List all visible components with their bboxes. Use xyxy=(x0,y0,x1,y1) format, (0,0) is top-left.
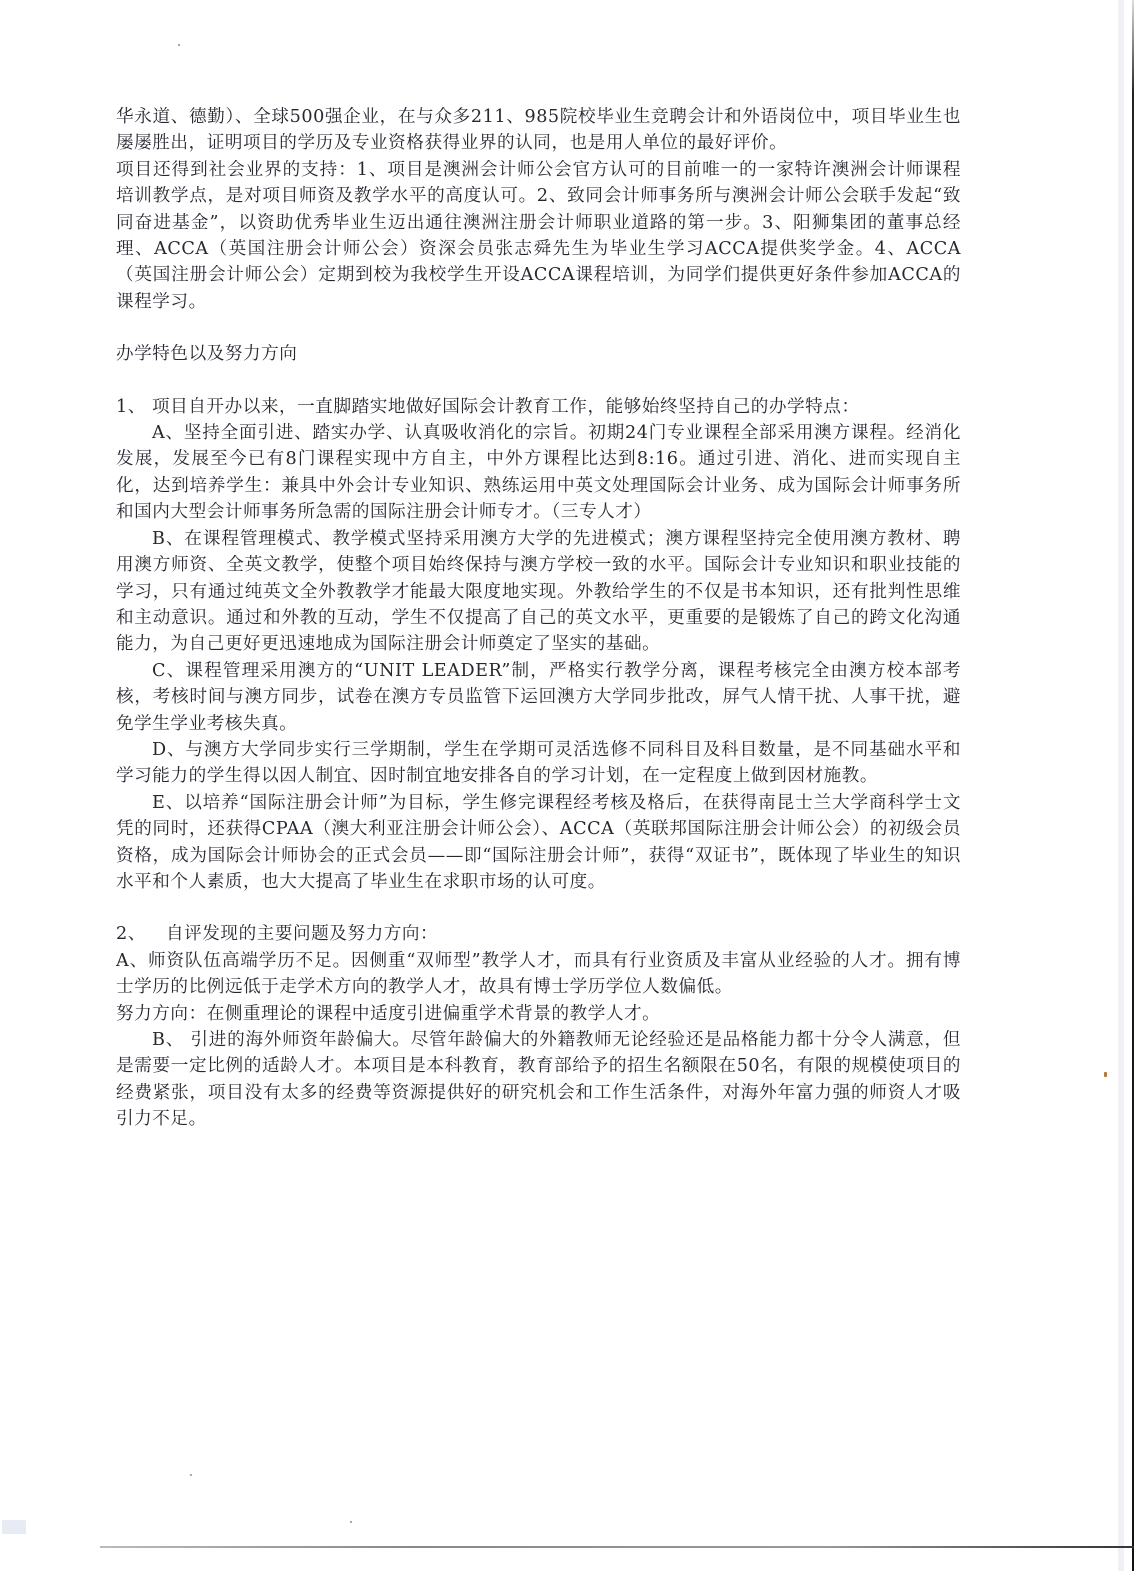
section1-title: 1、项目自开办以来，一直脚踏实地做好国际会计教育工作，能够始终坚持自己的办学特点… xyxy=(116,394,961,420)
intro-paragraph-2: 项目还得到社会业界的支持：1、项目是澳洲会计师公会官方认可的目前唯一的一家特许澳… xyxy=(116,157,961,315)
section2-title: 2、自评发现的主要问题及努力方向： xyxy=(116,921,961,947)
section2-item-a: A、师资队伍高端学历不足。因侧重“双师型”教学人才，而具有行业资质及丰富从业经验… xyxy=(116,948,961,1001)
section1-item-a: A、坚持全面引进、踏实办学、认真吸收消化的宗旨。初期24门专业课程全部采用澳方课… xyxy=(116,420,961,526)
section1-item-b: B、在课程管理模式、教学模式坚持采用澳方大学的先进模式；澳方课程坚持完全使用澳方… xyxy=(116,526,961,658)
section2-item-a-direction: 努力方向：在侧重理论的课程中适度引进偏重学术背景的教学人才。 xyxy=(116,1001,961,1027)
section1-number: 1、 xyxy=(116,394,152,420)
section1-item-e: E、以培养“国际注册会计师”为目标，学生修完课程经考核及格后，在获得南昆士兰大学… xyxy=(116,790,961,896)
scan-dot xyxy=(178,44,180,46)
scan-dot xyxy=(190,1474,192,1476)
section2-number: 2、 xyxy=(116,921,166,947)
scanned-page: 华永道、德勤）、全球500强企业，在与众多211、985院校毕业生竞聘会计和外语… xyxy=(0,0,1140,1571)
document-body: 华永道、德勤）、全球500强企业，在与众多211、985院校毕业生竞聘会计和外语… xyxy=(116,104,961,1133)
scan-edge-bottom xyxy=(100,1546,1134,1548)
scan-edge-right xyxy=(1132,0,1134,1571)
scan-smudge xyxy=(2,1520,26,1534)
section1-item-d: D、与澳方大学同步实行三学期制，学生在学期可灵活选修不同科目及科目数量，是不同基… xyxy=(116,737,961,790)
scan-dot xyxy=(350,1521,352,1523)
section1-item-c: C、课程管理采用澳方的“UNIT LEADER”制，严格实行教学分离，课程考核完… xyxy=(116,658,961,737)
scan-speck xyxy=(1104,1072,1107,1077)
scan-shadow-right xyxy=(1118,0,1124,1571)
intro-paragraph-1: 华永道、德勤）、全球500强企业，在与众多211、985院校毕业生竞聘会计和外语… xyxy=(116,104,961,157)
section1-title-text: 项目自开办以来，一直脚踏实地做好国际会计教育工作，能够始终坚持自己的办学特点： xyxy=(152,397,860,417)
section-heading: 办学特色以及努力方向 xyxy=(116,341,961,367)
section2-title-text: 自评发现的主要问题及努力方向： xyxy=(166,924,438,944)
section2-item-b: B、 引进的海外师资年龄偏大。尽管年龄偏大的外籍教师无论经验还是品格能力都十分令… xyxy=(116,1027,961,1133)
